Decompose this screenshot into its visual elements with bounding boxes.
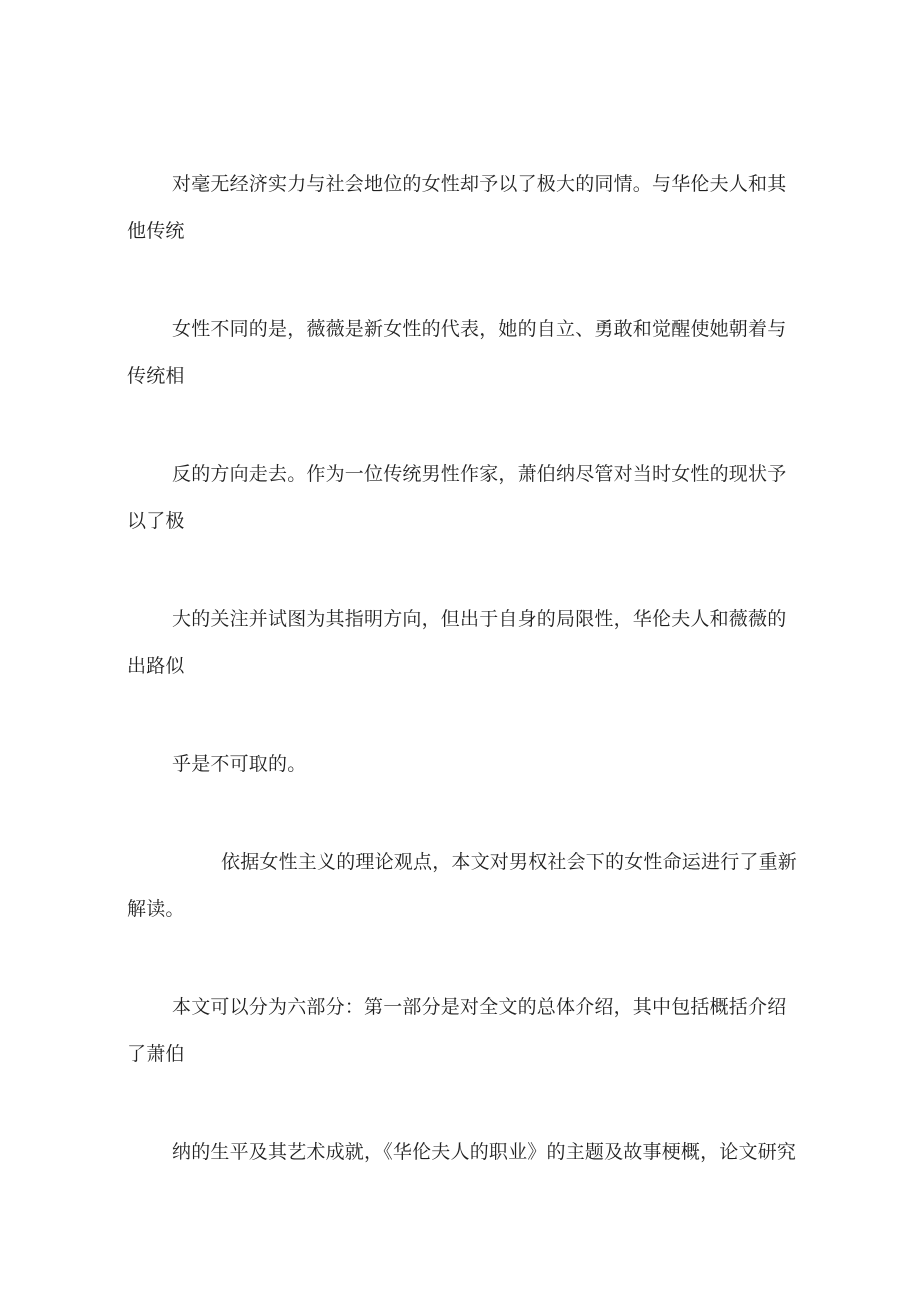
text-line: 解读。 [127,898,800,922]
text-line: 对毫无经济实力与社会地位的女性却予以了极大的同情。与华伦夫人和其 [127,173,800,197]
text-line: 以了极 [127,510,800,534]
text-line: 依据女性主义的理论观点，本文对男权社会下的女性命运进行了重新 [127,851,800,875]
text-line: 出路似 [127,655,800,679]
text-line: 女性不同的是，薇薇是新女性的代表，她的自立、勇敢和觉醒使她朝着与 [127,318,800,342]
text-line: 了萧伯 [127,1043,800,1067]
text-line: 乎是不可取的。 [127,753,800,777]
text-line: 传统相 [127,365,800,389]
text-line: 本文可以分为六部分：第一部分是对全文的总体介绍，其中包括概括介绍 [127,996,800,1020]
text-line: 反的方向走去。作为一位传统男性作家，萧伯纳尽管对当时女性的现状予 [127,463,800,487]
text-line: 纳的生平及其艺术成就，《华伦夫人的职业》的主题及故事梗概，论文研究 [127,1141,800,1165]
text-line: 大的关注并试图为其指明方向，但出于自身的局限性，华伦夫人和薇薇的 [127,608,800,632]
text-line: 他传统 [127,220,800,244]
document-page: 对毫无经济实力与社会地位的女性却予以了极大的同情。与华伦夫人和其 他传统 女性不… [0,0,920,1302]
